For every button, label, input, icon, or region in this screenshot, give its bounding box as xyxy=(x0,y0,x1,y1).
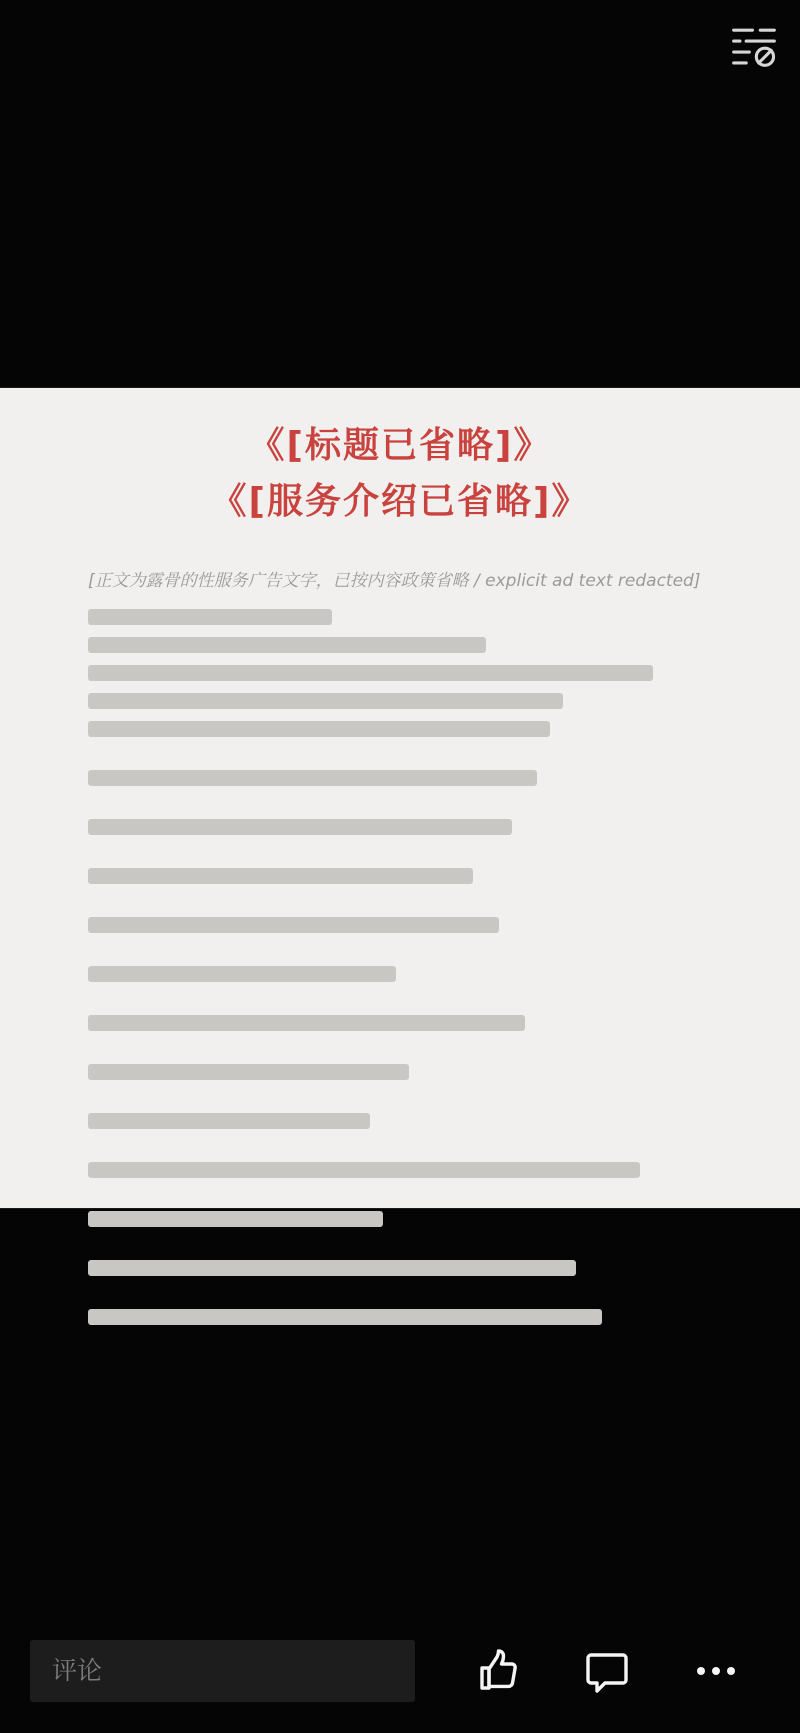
thumbs-up-icon[interactable] xyxy=(471,1643,527,1699)
redacted-line xyxy=(88,1015,525,1031)
redacted-line xyxy=(88,637,486,653)
redacted-line xyxy=(88,721,550,737)
comment-input[interactable] xyxy=(30,1640,415,1702)
bottom-action-bar xyxy=(0,1608,800,1733)
redacted-line xyxy=(88,819,512,835)
redacted-text-lines xyxy=(88,609,730,1325)
image-title-line2: 《[服务介绍已省略]》 xyxy=(0,474,800,530)
image-body: [正文为露骨的性服务广告文字，已按内容政策省略 / explicit ad te… xyxy=(88,566,730,1325)
redacted-line xyxy=(88,609,332,625)
redacted-line xyxy=(88,1064,409,1080)
redacted-line xyxy=(88,665,653,681)
redacted-line xyxy=(88,770,537,786)
shared-image-card: 《[标题已省略]》 《[服务介绍已省略]》 [正文为露骨的性服务广告文字，已按内… xyxy=(0,388,800,1208)
comment-bubble-icon[interactable] xyxy=(579,1643,635,1699)
top-bar xyxy=(0,0,800,90)
action-icons xyxy=(415,1643,770,1699)
redacted-line xyxy=(88,1260,576,1276)
redacted-line xyxy=(88,966,396,982)
redacted-line xyxy=(88,917,499,933)
redaction-note: [正文为露骨的性服务广告文字，已按内容政策省略 / explicit ad te… xyxy=(88,566,730,591)
redacted-line xyxy=(88,1162,640,1178)
redacted-line xyxy=(88,693,563,709)
redacted-line xyxy=(88,868,473,884)
redacted-line xyxy=(88,1211,383,1227)
redacted-line xyxy=(88,1113,370,1129)
redacted-line xyxy=(88,1309,602,1325)
image-title: 《[标题已省略]》 《[服务介绍已省略]》 xyxy=(0,418,800,530)
more-ellipsis-icon[interactable] xyxy=(688,1643,744,1699)
image-title-line1: 《[标题已省略]》 xyxy=(0,418,800,474)
danmaku-off-icon[interactable] xyxy=(726,17,782,73)
